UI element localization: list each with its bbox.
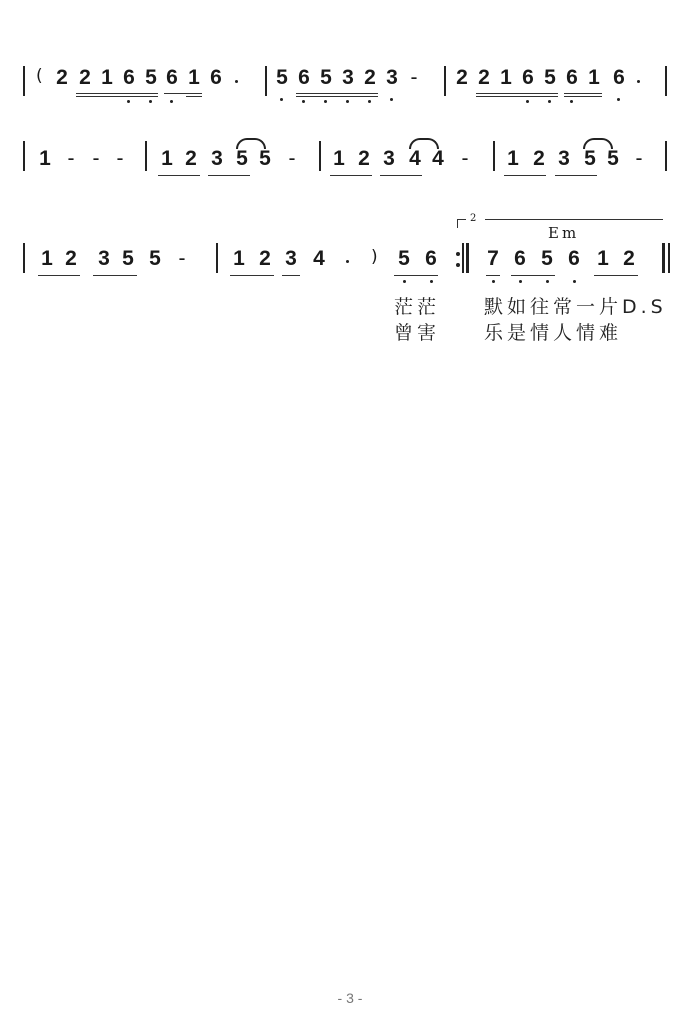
score-row-1: ( 2 2 1 6 5 6 1 6 5 6 5 3 2 3 - 2 2 1 6 … xyxy=(0,60,700,120)
note: 5 xyxy=(543,66,557,90)
note: 2 xyxy=(184,147,198,171)
note: 5 xyxy=(275,66,289,90)
note: 2 xyxy=(532,147,546,171)
volta-bracket xyxy=(457,219,466,228)
lyric-line-2-a: 曾害 xyxy=(394,318,440,345)
beam xyxy=(76,96,158,97)
barline xyxy=(23,141,25,171)
score-row-2: 1 - - - 1 2 3 5 5 - 1 2 3 4 4 - 1 2 3 5 … xyxy=(0,135,700,195)
close-parenthesis: ) xyxy=(371,245,378,269)
note: 6 xyxy=(565,66,579,90)
barline xyxy=(145,141,147,171)
barline xyxy=(319,141,321,171)
note: 1 xyxy=(187,66,201,90)
beam xyxy=(186,96,202,97)
note: 3 xyxy=(341,66,355,90)
beam xyxy=(486,275,500,276)
note: 6 xyxy=(165,66,179,90)
dash: - xyxy=(285,147,299,171)
repeat-dot xyxy=(456,263,460,267)
augmentation-dot xyxy=(235,80,238,83)
octave-dot xyxy=(548,100,551,103)
note: 4 xyxy=(312,247,326,271)
octave-dot xyxy=(280,98,283,101)
note: 3 xyxy=(557,147,571,171)
page-number: - 3 - xyxy=(0,990,700,1006)
note: 1 xyxy=(40,247,54,271)
dash: - xyxy=(407,66,421,90)
octave-dot xyxy=(368,100,371,103)
dash: - xyxy=(89,147,103,171)
note: 1 xyxy=(38,147,52,171)
score-row-3: 2 Em 1 2 3 5 5 - 1 2 3 4 ) 5 6 7 6 5 6 1… xyxy=(0,210,700,290)
note: 1 xyxy=(587,66,601,90)
open-parenthesis: ( xyxy=(36,64,43,88)
note: 2 xyxy=(78,66,92,90)
octave-dot xyxy=(570,100,573,103)
note: 3 xyxy=(382,147,396,171)
repeat-dot xyxy=(456,252,460,256)
augmentation-dot xyxy=(346,260,349,263)
beam xyxy=(330,175,372,176)
beam xyxy=(93,275,137,276)
note: 6 xyxy=(297,66,311,90)
octave-dot xyxy=(617,98,620,101)
dash: - xyxy=(175,247,189,271)
barline xyxy=(665,141,667,171)
note: 1 xyxy=(596,247,610,271)
beam xyxy=(38,275,80,276)
beam xyxy=(208,175,250,176)
note: 4 xyxy=(431,147,445,171)
note: 2 xyxy=(258,247,272,271)
note: 5 xyxy=(583,147,597,171)
note: 5 xyxy=(121,247,135,271)
octave-dot xyxy=(170,100,173,103)
beam xyxy=(394,275,438,276)
lyric-line-1-b: 默如往常一片D.S xyxy=(484,292,667,319)
octave-dot xyxy=(346,100,349,103)
beam xyxy=(158,175,200,176)
note: 2 xyxy=(477,66,491,90)
beam xyxy=(476,93,558,94)
note: 2 xyxy=(455,66,469,90)
octave-dot xyxy=(324,100,327,103)
dash: - xyxy=(64,147,78,171)
note: 5 xyxy=(235,147,249,171)
note: 6 xyxy=(612,66,626,90)
note: 6 xyxy=(567,247,581,271)
note: 2 xyxy=(64,247,78,271)
barline xyxy=(665,66,667,96)
octave-dot xyxy=(573,280,576,283)
barline xyxy=(23,66,25,96)
note: 1 xyxy=(506,147,520,171)
octave-dot xyxy=(390,98,393,101)
note: 5 xyxy=(144,66,158,90)
note: 5 xyxy=(319,66,333,90)
note: 3 xyxy=(385,66,399,90)
dash: - xyxy=(113,147,127,171)
note: 6 xyxy=(209,66,223,90)
beam xyxy=(230,275,274,276)
beam xyxy=(511,275,555,276)
note: 3 xyxy=(210,147,224,171)
octave-dot xyxy=(149,100,152,103)
octave-dot xyxy=(302,100,305,103)
beam xyxy=(164,93,202,94)
repeat-end-barline xyxy=(462,243,464,273)
note: 1 xyxy=(332,147,346,171)
beam xyxy=(564,93,602,94)
tie xyxy=(409,138,439,149)
beam xyxy=(564,96,602,97)
note: 4 xyxy=(408,147,422,171)
octave-dot xyxy=(526,100,529,103)
octave-dot xyxy=(519,280,522,283)
lyric-line-1-a: 茫茫 xyxy=(394,292,440,319)
note: 6 xyxy=(122,66,136,90)
barline xyxy=(493,141,495,171)
beam xyxy=(555,175,597,176)
note: 2 xyxy=(622,247,636,271)
note: 1 xyxy=(160,147,174,171)
note: 5 xyxy=(258,147,272,171)
beam xyxy=(296,96,378,97)
note: 2 xyxy=(55,66,69,90)
octave-dot xyxy=(430,280,433,283)
note: 5 xyxy=(606,147,620,171)
tie xyxy=(236,138,266,149)
chord-symbol: Em xyxy=(548,224,579,242)
octave-dot xyxy=(492,280,495,283)
note: 1 xyxy=(499,66,513,90)
final-barline xyxy=(662,243,665,273)
barline xyxy=(23,243,25,273)
octave-dot xyxy=(546,280,549,283)
note: 3 xyxy=(284,247,298,271)
beam xyxy=(282,275,300,276)
note: 1 xyxy=(100,66,114,90)
note: 6 xyxy=(513,247,527,271)
octave-dot xyxy=(127,100,130,103)
note: 5 xyxy=(397,247,411,271)
barline xyxy=(444,66,446,96)
note: 5 xyxy=(540,247,554,271)
note: 5 xyxy=(148,247,162,271)
barline xyxy=(216,243,218,273)
final-barline xyxy=(668,243,670,273)
repeat-end-barline-thick xyxy=(466,243,469,273)
beam xyxy=(504,175,546,176)
note: 7 xyxy=(486,247,500,271)
note: 1 xyxy=(232,247,246,271)
beam xyxy=(76,93,158,94)
beam xyxy=(380,175,422,176)
augmentation-dot xyxy=(637,80,640,83)
beam xyxy=(594,275,638,276)
note: 3 xyxy=(97,247,111,271)
beam xyxy=(476,96,558,97)
barline xyxy=(265,66,267,96)
octave-dot xyxy=(403,280,406,283)
volta-number: 2 xyxy=(470,213,476,224)
note: 6 xyxy=(424,247,438,271)
beam xyxy=(296,93,378,94)
lyric-line-2-b: 乐是情人情难 xyxy=(484,318,622,345)
volta-line xyxy=(485,219,663,220)
note: 2 xyxy=(357,147,371,171)
note: 6 xyxy=(521,66,535,90)
tie xyxy=(583,138,613,149)
dash: - xyxy=(632,147,646,171)
note: 2 xyxy=(363,66,377,90)
dash: - xyxy=(458,147,472,171)
